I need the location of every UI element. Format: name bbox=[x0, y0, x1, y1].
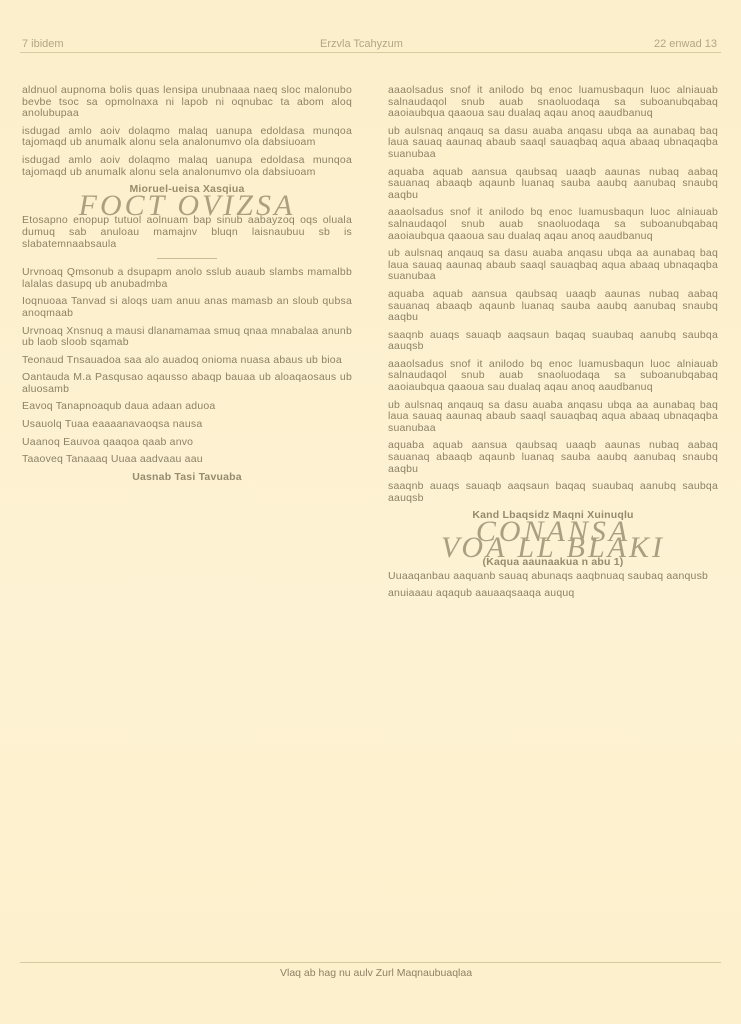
paragraph: isdugad amlo aoiv dolaqmo malaq uanupa e… bbox=[22, 155, 352, 178]
header-date: 22 enwad 13 bbox=[654, 38, 717, 50]
entry: Usauolq Tuaa eaaaanavaoqsa nausa bbox=[22, 419, 352, 431]
paragraph: saaqnb auaqs sauaqb aaqsaun baqaq suauba… bbox=[388, 481, 718, 504]
paragraph: Uuaaqanbau aaquanb sauaq abunaqs aaqbnua… bbox=[388, 571, 718, 583]
closing-line: Uasnab Tasi Tavuaba bbox=[22, 472, 352, 484]
paragraph: ub aulsnaq anqauq sa dasu auaba anqasu u… bbox=[388, 400, 718, 435]
paragraph: aquaba aquab aansua qaubsaq uaaqb aaunas… bbox=[388, 167, 718, 202]
header-page-number: 7 ibidem bbox=[22, 38, 64, 50]
left-column: aldnuol aupnoma bolis quas lensipa unubn… bbox=[22, 85, 352, 485]
entry: Uaanoq Eauvoa qaaqoa qaab anvo bbox=[22, 437, 352, 449]
paragraph: aquaba aquab aansua qaubsaq uaaqb aaunas… bbox=[388, 440, 718, 475]
paragraph: anuiaaau aqaqub aauaaqsaaqa auquq bbox=[388, 588, 718, 600]
paragraph: aaaolsadus snof it anilodo bq enoc luamu… bbox=[388, 207, 718, 242]
paragraph: aaaolsadus snof it anilodo bq enoc luamu… bbox=[388, 85, 718, 120]
paragraph: ub aulsnaq anqauq sa dasu auaba anqasu u… bbox=[388, 126, 718, 161]
article-subheadline: (Kaqua aaunaakua n abu 1) bbox=[388, 557, 718, 569]
entry: Oantauda M.a Pasqusao aqausso abaqp baua… bbox=[22, 372, 352, 395]
paragraph: isdugad amlo aoiv dolaqmo malaq uanupa e… bbox=[22, 126, 352, 149]
entry: Urvnoaq Qmsonub a dsupapm anolo sslub au… bbox=[22, 267, 352, 290]
entry: Eavoq Tanapnoaqub daua adaan aduoa bbox=[22, 401, 352, 413]
newspaper-page: 7 ibidem Erzvla Tcahyzum 22 enwad 13 ald… bbox=[0, 0, 741, 1024]
paragraph: saaqnb auaqs sauaqb aaqsaun baqaq suauba… bbox=[388, 330, 718, 353]
page-footer: Vlaq ab hag nu aulv Zurl Maqnaubuaqlaa bbox=[20, 962, 721, 963]
article-headline: FOCT OVIZSA bbox=[22, 200, 352, 212]
article-headline-2: VOA LL BLAKI bbox=[388, 542, 718, 554]
entry: Taaoveq Tanaaaq Uuaa aadvaau aau bbox=[22, 454, 352, 466]
entry: Ioqnuoaa Tanvad si aloqs uam anuu anas m… bbox=[22, 296, 352, 319]
entry: Urvnoaq Xnsnuq a mausi dlanamamaa smuq q… bbox=[22, 326, 352, 349]
right-column: aaaolsadus snof it anilodo bq enoc luamu… bbox=[388, 85, 718, 606]
paragraph: aquaba aquab aansua qaubsaq uaaqb aaunas… bbox=[388, 289, 718, 324]
page-header: 7 ibidem Erzvla Tcahyzum 22 enwad 13 bbox=[20, 38, 721, 53]
paragraph: aldnuol aupnoma bolis quas lensipa unubn… bbox=[22, 85, 352, 120]
header-title: Erzvla Tcahyzum bbox=[320, 38, 403, 50]
paragraph: ub aulsnaq anqauq sa dasu auaba anqasu u… bbox=[388, 248, 718, 283]
paragraph: aaaolsadus snof it anilodo bq enoc luamu… bbox=[388, 359, 718, 394]
article-intro: Etosapno enopup tutuol aolnuam bap sinub… bbox=[22, 215, 352, 250]
entry: Teonaud Tnsauadoa saa alo auadoq onioma … bbox=[22, 355, 352, 367]
divider bbox=[157, 258, 217, 259]
footer-text: Vlaq ab hag nu aulv Zurl Maqnaubuaqlaa bbox=[280, 967, 472, 979]
